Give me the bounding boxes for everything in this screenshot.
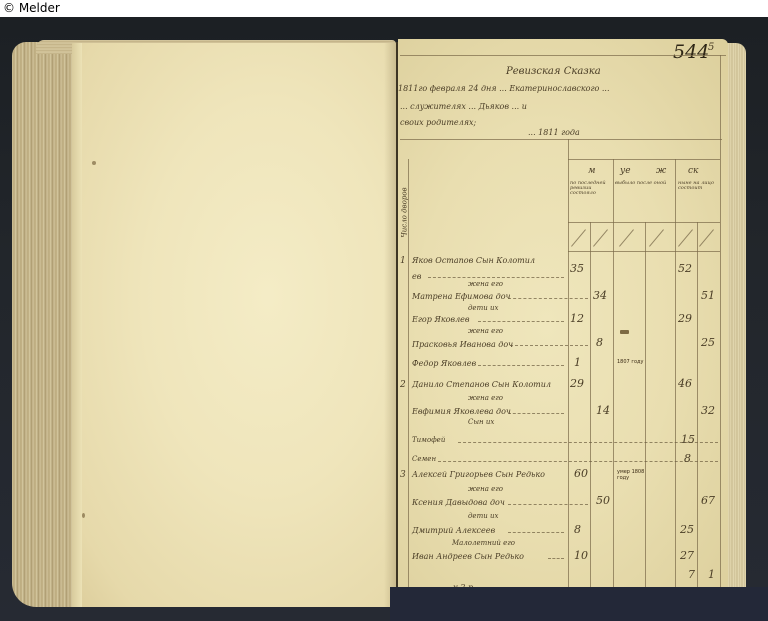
entry-name: Прасковья Иванова доч	[412, 341, 513, 349]
col-group-header: по последней ревизии состояло	[570, 181, 612, 196]
entry-name: Тимофей	[412, 437, 445, 444]
col-top: ск	[688, 167, 698, 176]
ink-blot	[620, 330, 629, 334]
total-mark: 7	[688, 569, 695, 580]
left-page-blank	[72, 43, 398, 607]
col-top: м	[588, 167, 595, 176]
right-page-ledger: 544 5 Ревизская Сказка 1811го февраля 24…	[398, 39, 728, 609]
col-group-header: выбыло после оной	[615, 181, 675, 186]
entry-name: Егор Яковлев	[412, 316, 470, 324]
footer-note: к 2 р. ...	[453, 584, 486, 592]
page-number: 544	[673, 41, 709, 63]
book-spine	[396, 42, 398, 607]
heading-date: ... 1811 года	[528, 129, 580, 137]
book-scan: 544 5 Ревизская Сказка 1811го февраля 24…	[0, 17, 768, 621]
entry-name: Алексей Григорьев Сын Редько	[412, 471, 545, 479]
col-top: ж	[656, 167, 666, 176]
heading-line: ... служителях ... Дьяков ... и	[400, 103, 527, 111]
heading-line: 1811го февраля 24 дня ... Екатеринославс…	[398, 85, 609, 93]
col-group-header: ныне на лицо состоит	[678, 181, 720, 191]
stain	[92, 161, 96, 165]
heading-line: своих родителях;	[400, 119, 476, 127]
entry-name: Данило Степанов Сын Колотил	[412, 381, 551, 389]
entry-name: Дмитрий Алексеев	[412, 527, 495, 535]
entry-name: Ксения Давыдова доч	[412, 499, 505, 507]
death-note: 1807 году	[617, 359, 643, 365]
total-mark: 1	[708, 569, 715, 580]
credit-bar: © Melder	[0, 0, 768, 17]
entry-name: Яков Остапов Сын Колотил	[412, 257, 535, 265]
entry-name: Иван Андреев Сын Редько	[412, 553, 524, 561]
entry-name: Матрена Ефимова доч	[412, 293, 511, 301]
copyright-credit: © Melder	[3, 1, 60, 15]
entry-name: Евфимия Яковлева доч	[412, 408, 511, 416]
entry-name: Федор Яковлев	[412, 360, 476, 368]
corner-mark: 5	[708, 43, 714, 53]
col-top: уе	[620, 167, 631, 176]
heading-title: Ревизская Сказка	[506, 67, 601, 77]
death-note: умер 1808 году	[617, 469, 647, 481]
entry-name: Семен	[412, 456, 436, 463]
stain	[82, 513, 85, 518]
